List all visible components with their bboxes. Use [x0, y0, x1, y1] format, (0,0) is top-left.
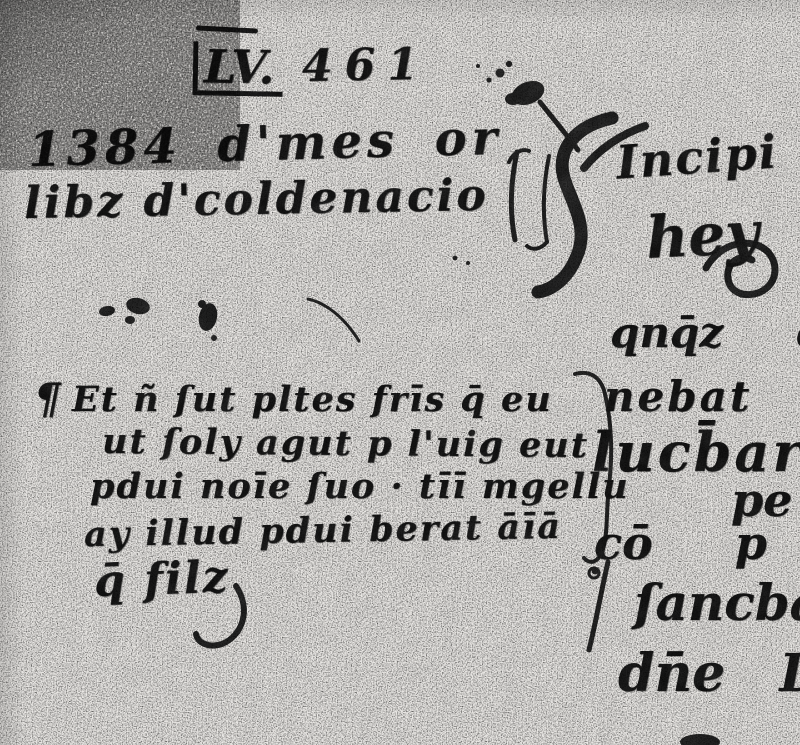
paragraph-line: ut ſoly agut p l'uig eut: [102, 424, 589, 463]
margin-line: dn̄e D: [618, 648, 800, 700]
manuscript-page: LV. 461 1384 d'mes or libz d'coldenacio …: [0, 0, 800, 745]
paragraph-line: q̄ filz: [93, 556, 230, 605]
stray-curve-stroke: [308, 299, 359, 341]
shelfmark-overbar: [196, 25, 258, 33]
paragraph-line: ay illud pdui berat āīā: [84, 509, 562, 552]
margin-line: ſancba: [634, 578, 800, 628]
incipit-line-2: hey: [645, 203, 761, 267]
paragraph-line: Et ñ ſut pltes frīs q̄ eu: [72, 382, 553, 417]
ink-drip-stroke: [540, 102, 578, 150]
margin-line: qnq̄z e: [610, 312, 800, 354]
shelfmark: LV.: [193, 41, 283, 97]
page-number: 461: [302, 43, 431, 89]
paragraph-line: pdui noīe ſuo · tīī mgellu: [90, 469, 630, 504]
smudge-spots: [98, 295, 219, 341]
descender-flourish: [196, 562, 608, 650]
pen-trial-strokes: [509, 150, 549, 249]
margin-line: cō p: [594, 520, 767, 566]
heading-line-1: 1384 d'mes or: [27, 114, 502, 174]
edge-ink-fragment: [680, 734, 720, 745]
incipit-line-1: Incipi: [615, 128, 780, 185]
margin-line: lucb̄ar: [592, 425, 800, 479]
paragraph-pilcrow: ¶: [34, 378, 61, 420]
heading-line-2: libz d'coldenacio: [24, 174, 489, 226]
margin-line: nebat: [604, 376, 752, 418]
